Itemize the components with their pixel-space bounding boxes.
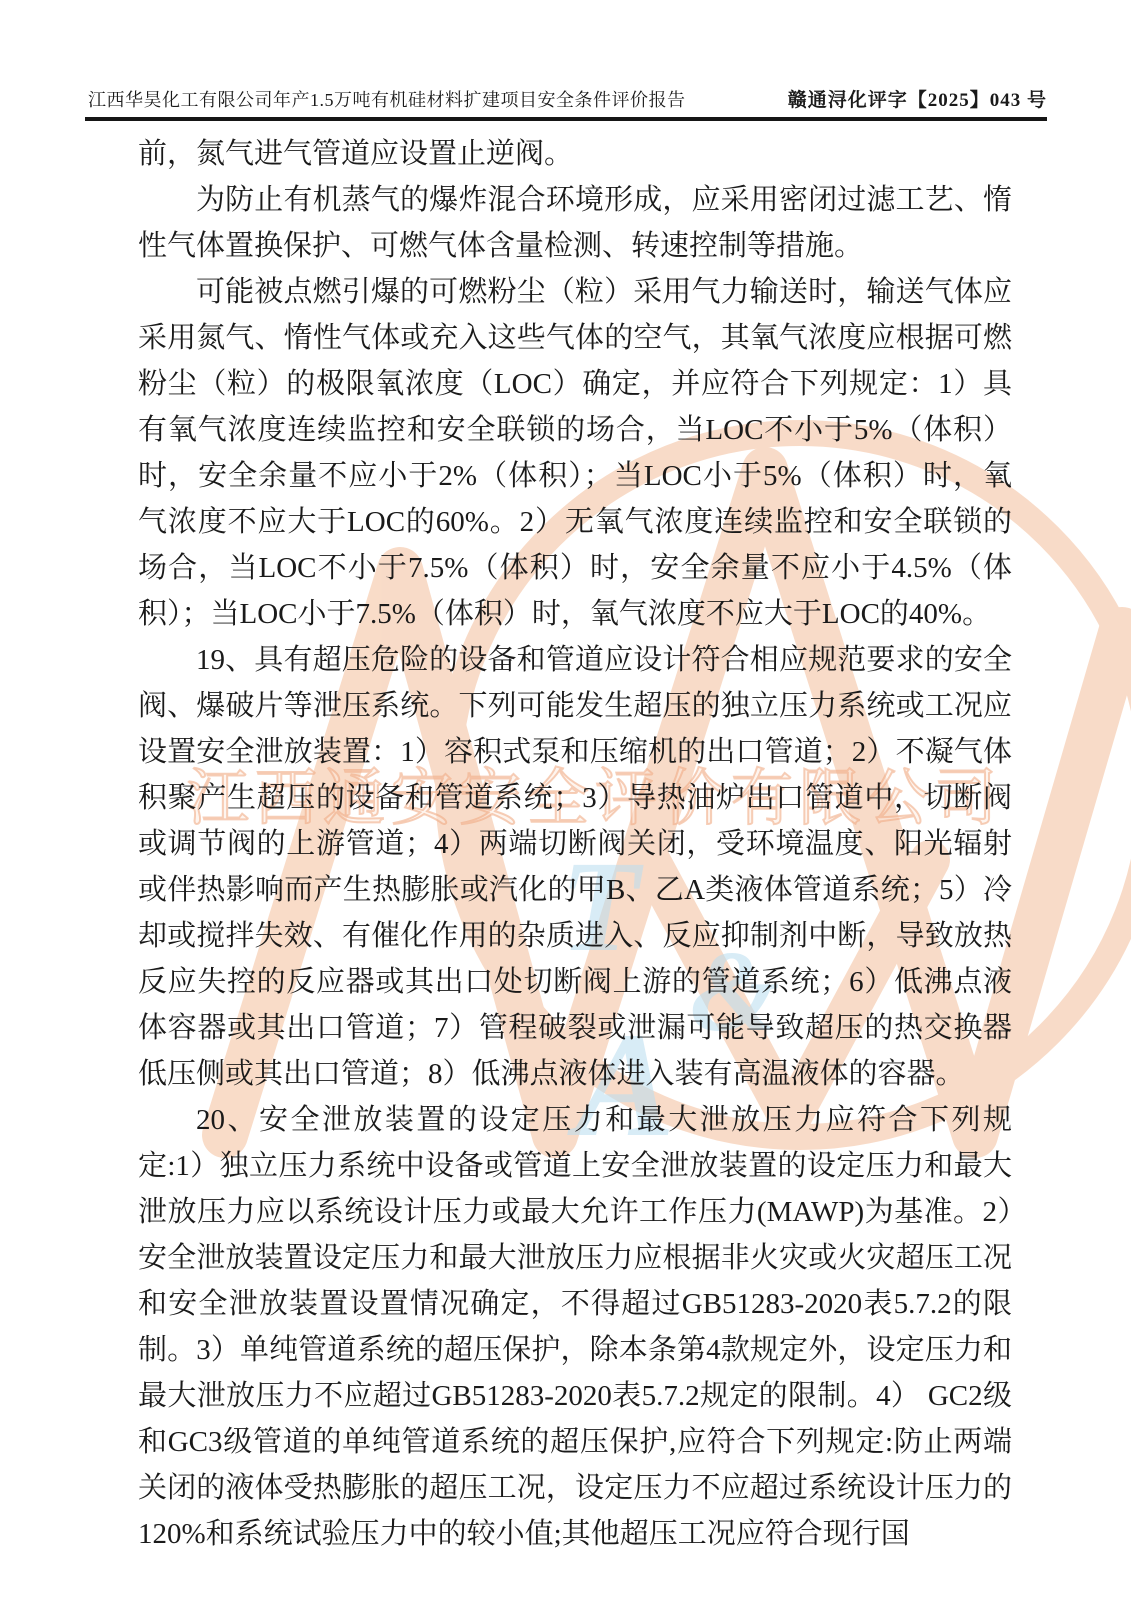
paragraph-item-20-relief-pressure: 20、安全泄放装置的设定压力和最大泄放压力应符合下列规定:1）独立压力系统中设备…	[138, 1097, 1012, 1557]
document-page: T & A 江西通安安全评价有限公司 江西华昊化工有限公司年产1.5万吨有机硅材…	[0, 0, 1131, 1600]
paragraph-combustible-dust-loc: 可能被点燃引爆的可燃粉尘（粒）采用气力输送时，输送气体应采用氮气、惰性气体或充入…	[138, 269, 1012, 637]
paragraph-vapor-explosion: 为防止有机蒸气的爆炸混合环境形成，应采用密闭过滤工艺、惰性气体置换保护、可燃气体…	[138, 177, 1012, 269]
paragraph-continuation: 前，氮气进气管道应设置止逆阀。	[138, 131, 1012, 177]
document-number: 赣通浔化评字【2025】043 号	[788, 85, 1047, 112]
paragraph-item-19-overpressure: 19、具有超压危险的设备和管道应设计符合相应规范要求的安全阀、爆破片等泄压系统。…	[138, 637, 1012, 1097]
header-rule	[85, 117, 1047, 121]
page-header: 江西华昊化工有限公司年产1.5万吨有机硅材料扩建项目安全条件评价报告 赣通浔化评…	[88, 84, 1047, 112]
report-title: 江西华昊化工有限公司年产1.5万吨有机硅材料扩建项目安全条件评价报告	[88, 86, 686, 112]
document-body: 前，氮气进气管道应设置止逆阀。 为防止有机蒸气的爆炸混合环境形成，应采用密闭过滤…	[138, 131, 1012, 1557]
